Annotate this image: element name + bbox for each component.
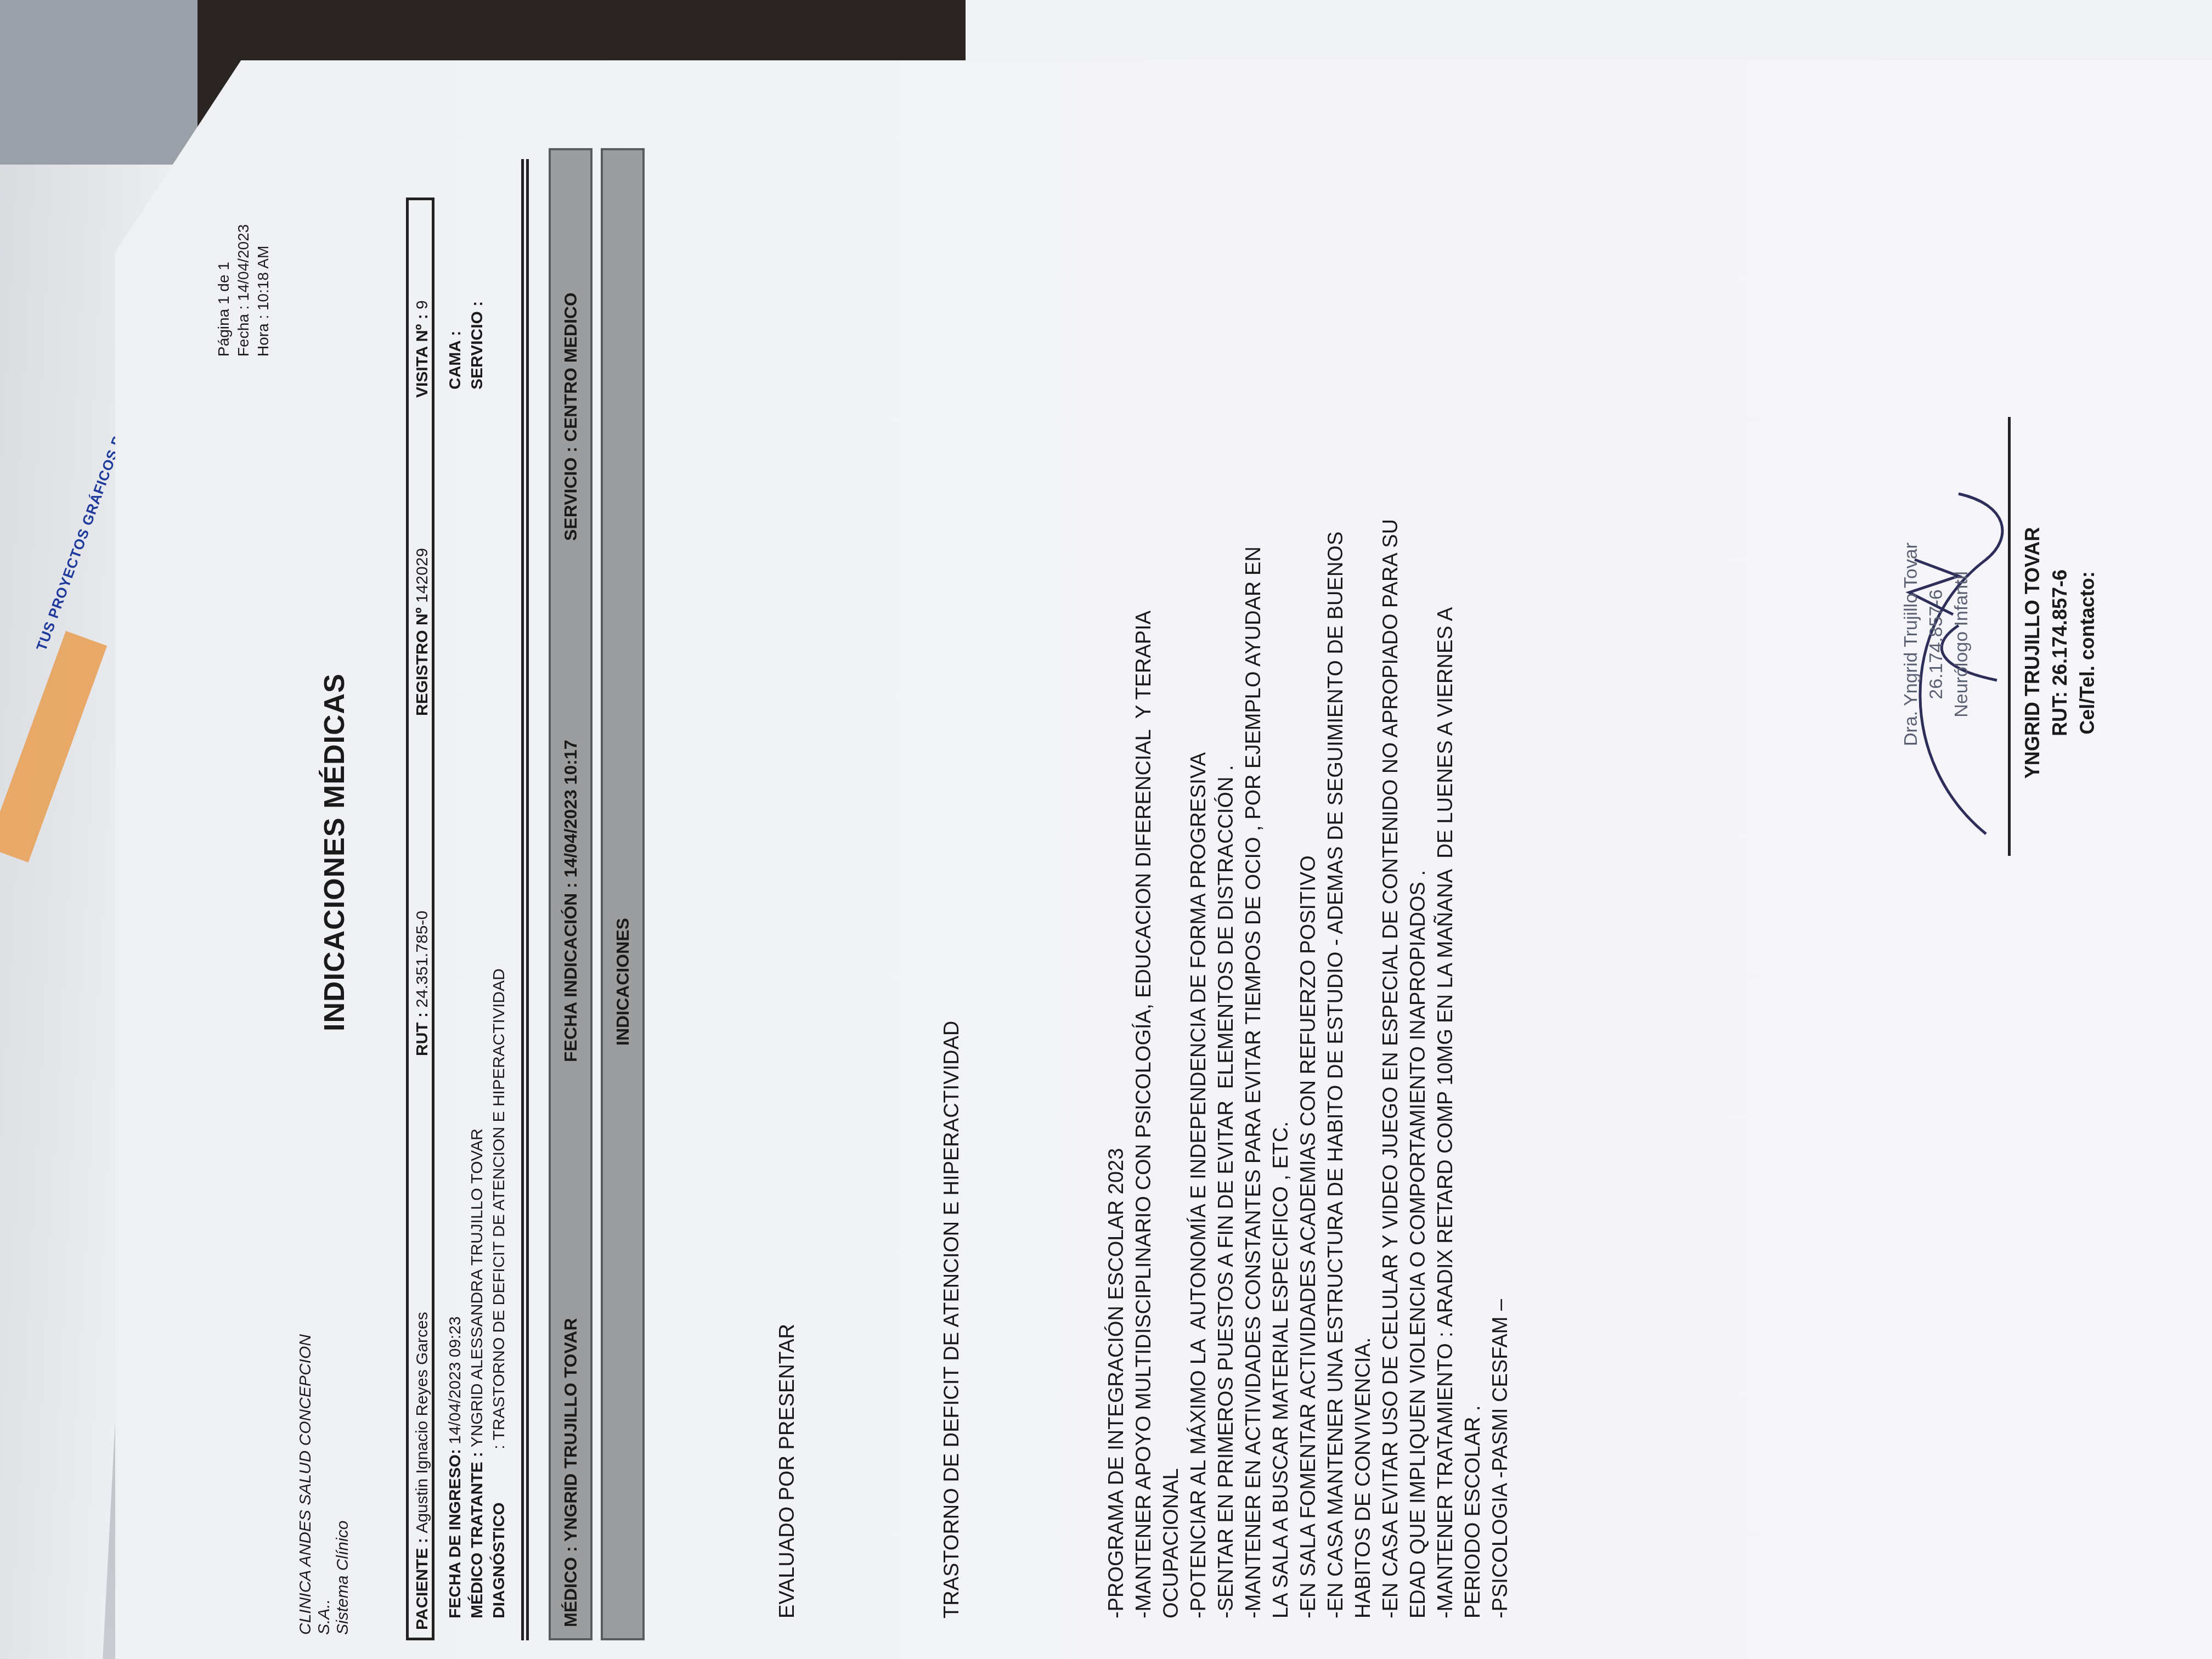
medical-document-paper: CLINICA ANDES SALUD CONCEPCION S.A.. Sis… — [115, 60, 2212, 1659]
service-label: SERVICIO : — [466, 301, 488, 390]
admission-date: 14/04/2023 09:23 — [446, 1316, 464, 1444]
bed-service-info: CAMA : SERVICIO : — [444, 301, 488, 390]
registro-number: 142029 — [413, 548, 431, 603]
indication-line: -MANTENER TRATAMIENTO : ARADIX RETARD CO… — [1432, 137, 1459, 1618]
page-number: Página 1 de 1 — [214, 224, 234, 357]
bed-label: CAMA : — [444, 301, 466, 390]
indication-line: LA SALA A BUSCAR MATERIAL ESPECIFICO , E… — [1267, 137, 1295, 1618]
indication-line: -SENTAR EN PRIMEROS PUESTOS A FIN DE EVI… — [1212, 137, 1240, 1618]
admission-date-row: FECHA DE INGRESO: 14/04/2023 09:23 — [444, 968, 466, 1618]
clinic-system: Sistema Clínico — [334, 1334, 352, 1635]
section-divider — [521, 159, 529, 1640]
patient-box: PACIENTE : Agustin Ignacio Reyes Garces … — [406, 198, 435, 1640]
registro-field: REGISTRO Nº 142029 — [413, 548, 432, 716]
indications-body: EVALUADO POR PRESENTAR TRASTORNO DE DEFI… — [719, 137, 1569, 1618]
signer-name: YNGRID TRUJILLO TOVAR — [2019, 406, 2046, 900]
document-title: INDICACIONES MÉDICAS — [318, 673, 351, 1031]
clinic-name: CLINICA ANDES SALUD CONCEPCION — [296, 1334, 315, 1635]
indication-list: -PROGRAMA DE INTEGRACIÓN ESCOLAR 2023-MA… — [1103, 137, 1514, 1618]
medical-indications-document: CLINICA ANDES SALUD CONCEPCION S.A.. Sis… — [296, 115, 2162, 1640]
diagnosis: : TRASTORNO DE DEFICIT DE ATENCION E HIP… — [490, 968, 508, 1449]
visita-field: VISITA Nº : 9 — [413, 300, 432, 398]
signer-contact: Cel/Tel. contacto: — [2074, 406, 2101, 900]
indication-line: HABITOS DE CONVIVENCIA. — [1350, 137, 1377, 1618]
signature-block: Dra. Yngrid Trujillo Tovar 26.174.857-6 … — [1920, 406, 2151, 900]
print-time: Hora : 10:18 AM — [253, 224, 273, 357]
print-date: Fecha : 14/04/2023 — [234, 224, 253, 357]
signature-line — [2008, 417, 2011, 856]
doctor-stamp: Dra. Yngrid Trujillo Tovar 26.174.857-6 … — [1898, 543, 1974, 746]
evaluation-intro: EVALUADO POR PRESENTAR — [774, 137, 801, 1618]
indication-line: -MANTENER EN ACTIVIDADES CONSTANTES PARA… — [1240, 137, 1267, 1618]
patient-rut-field: RUT : 24.351.785-0 — [413, 911, 432, 1056]
indication-line: PERIODO ESCOLAR . — [1459, 137, 1487, 1618]
evaluation-diagnosis: TRASTORNO DE DEFICIT DE ATENCION E HIPER… — [938, 137, 966, 1618]
indication-service: SERVICIO : CENTRO MEDICO — [561, 292, 581, 541]
indications-header-bar: INDICACIONES — [601, 148, 645, 1640]
visita-number: 9 — [413, 300, 431, 309]
patient-rut: 24.351.785-0 — [413, 911, 431, 1008]
patient-field: PACIENTE : Agustin Ignacio Reyes Garces — [413, 1312, 432, 1630]
document-meta: Página 1 de 1 Fecha : 14/04/2023 Hora : … — [214, 224, 273, 357]
patient-name: Agustin Ignacio Reyes Garces — [413, 1312, 431, 1533]
signer-info: YNGRID TRUJILLO TOVAR RUT: 26.174.857-6 … — [2019, 406, 2101, 900]
indication-line: -POTENCIAR AL MÁXIMO LA AUTONOMÍA E INDE… — [1185, 137, 1212, 1618]
indication-info-bar: MÉDICO : YNGRID TRUJILLO TOVAR FECHA IND… — [549, 148, 592, 1640]
indication-date: FECHA INDICACIÓN : 14/04/2023 10:17 — [561, 740, 581, 1062]
admission-info: FECHA DE INGRESO: 14/04/2023 09:23 MÉDIC… — [444, 968, 510, 1618]
clinic-suffix: S.A.. — [315, 1334, 334, 1635]
clinic-info: CLINICA ANDES SALUD CONCEPCION S.A.. Sis… — [296, 1334, 352, 1635]
indication-line: OCUPACIONAL — [1158, 137, 1185, 1618]
indication-line: -EN SALA FOMENTAR ACTIVIDADES ACADEMIAS … — [1295, 137, 1322, 1618]
indication-line: -EN CASA MANTENER UNA ESTRUCTURA DE HABI… — [1322, 137, 1350, 1618]
indication-line: -PROGRAMA DE INTEGRACIÓN ESCOLAR 2023 — [1103, 137, 1130, 1618]
indication-line: EDAD QUE IMPLIQUEN VIOLENCIA O COMPORTAM… — [1404, 137, 1432, 1618]
treating-doctor: YNGRID ALESSANDRA TRUJILLO TOVAR — [468, 1128, 486, 1447]
background-paper-top — [966, 0, 2212, 66]
indication-line: -PSICOLOGIA -PASMI CESFAM – — [1487, 137, 1514, 1618]
indication-line: -MANTENER APOYO MULTIDISCIPLINARIO CON P… — [1130, 137, 1158, 1618]
indications-header: INDICACIONES — [613, 918, 633, 1046]
indication-line: -EN CASA EVITAR USO DE CELULAR Y VIDEO J… — [1377, 137, 1404, 1618]
diagnosis-row: DIAGNÓSTICO : TRASTORNO DE DEFICIT DE AT… — [488, 968, 510, 1618]
signer-rut: RUT: 26.174.857-6 — [2046, 406, 2074, 900]
treating-doctor-row: MÉDICO TRATANTE : YNGRID ALESSANDRA TRUJ… — [466, 968, 488, 1618]
indication-doctor: MÉDICO : YNGRID TRUJILLO TOVAR — [561, 1318, 581, 1627]
